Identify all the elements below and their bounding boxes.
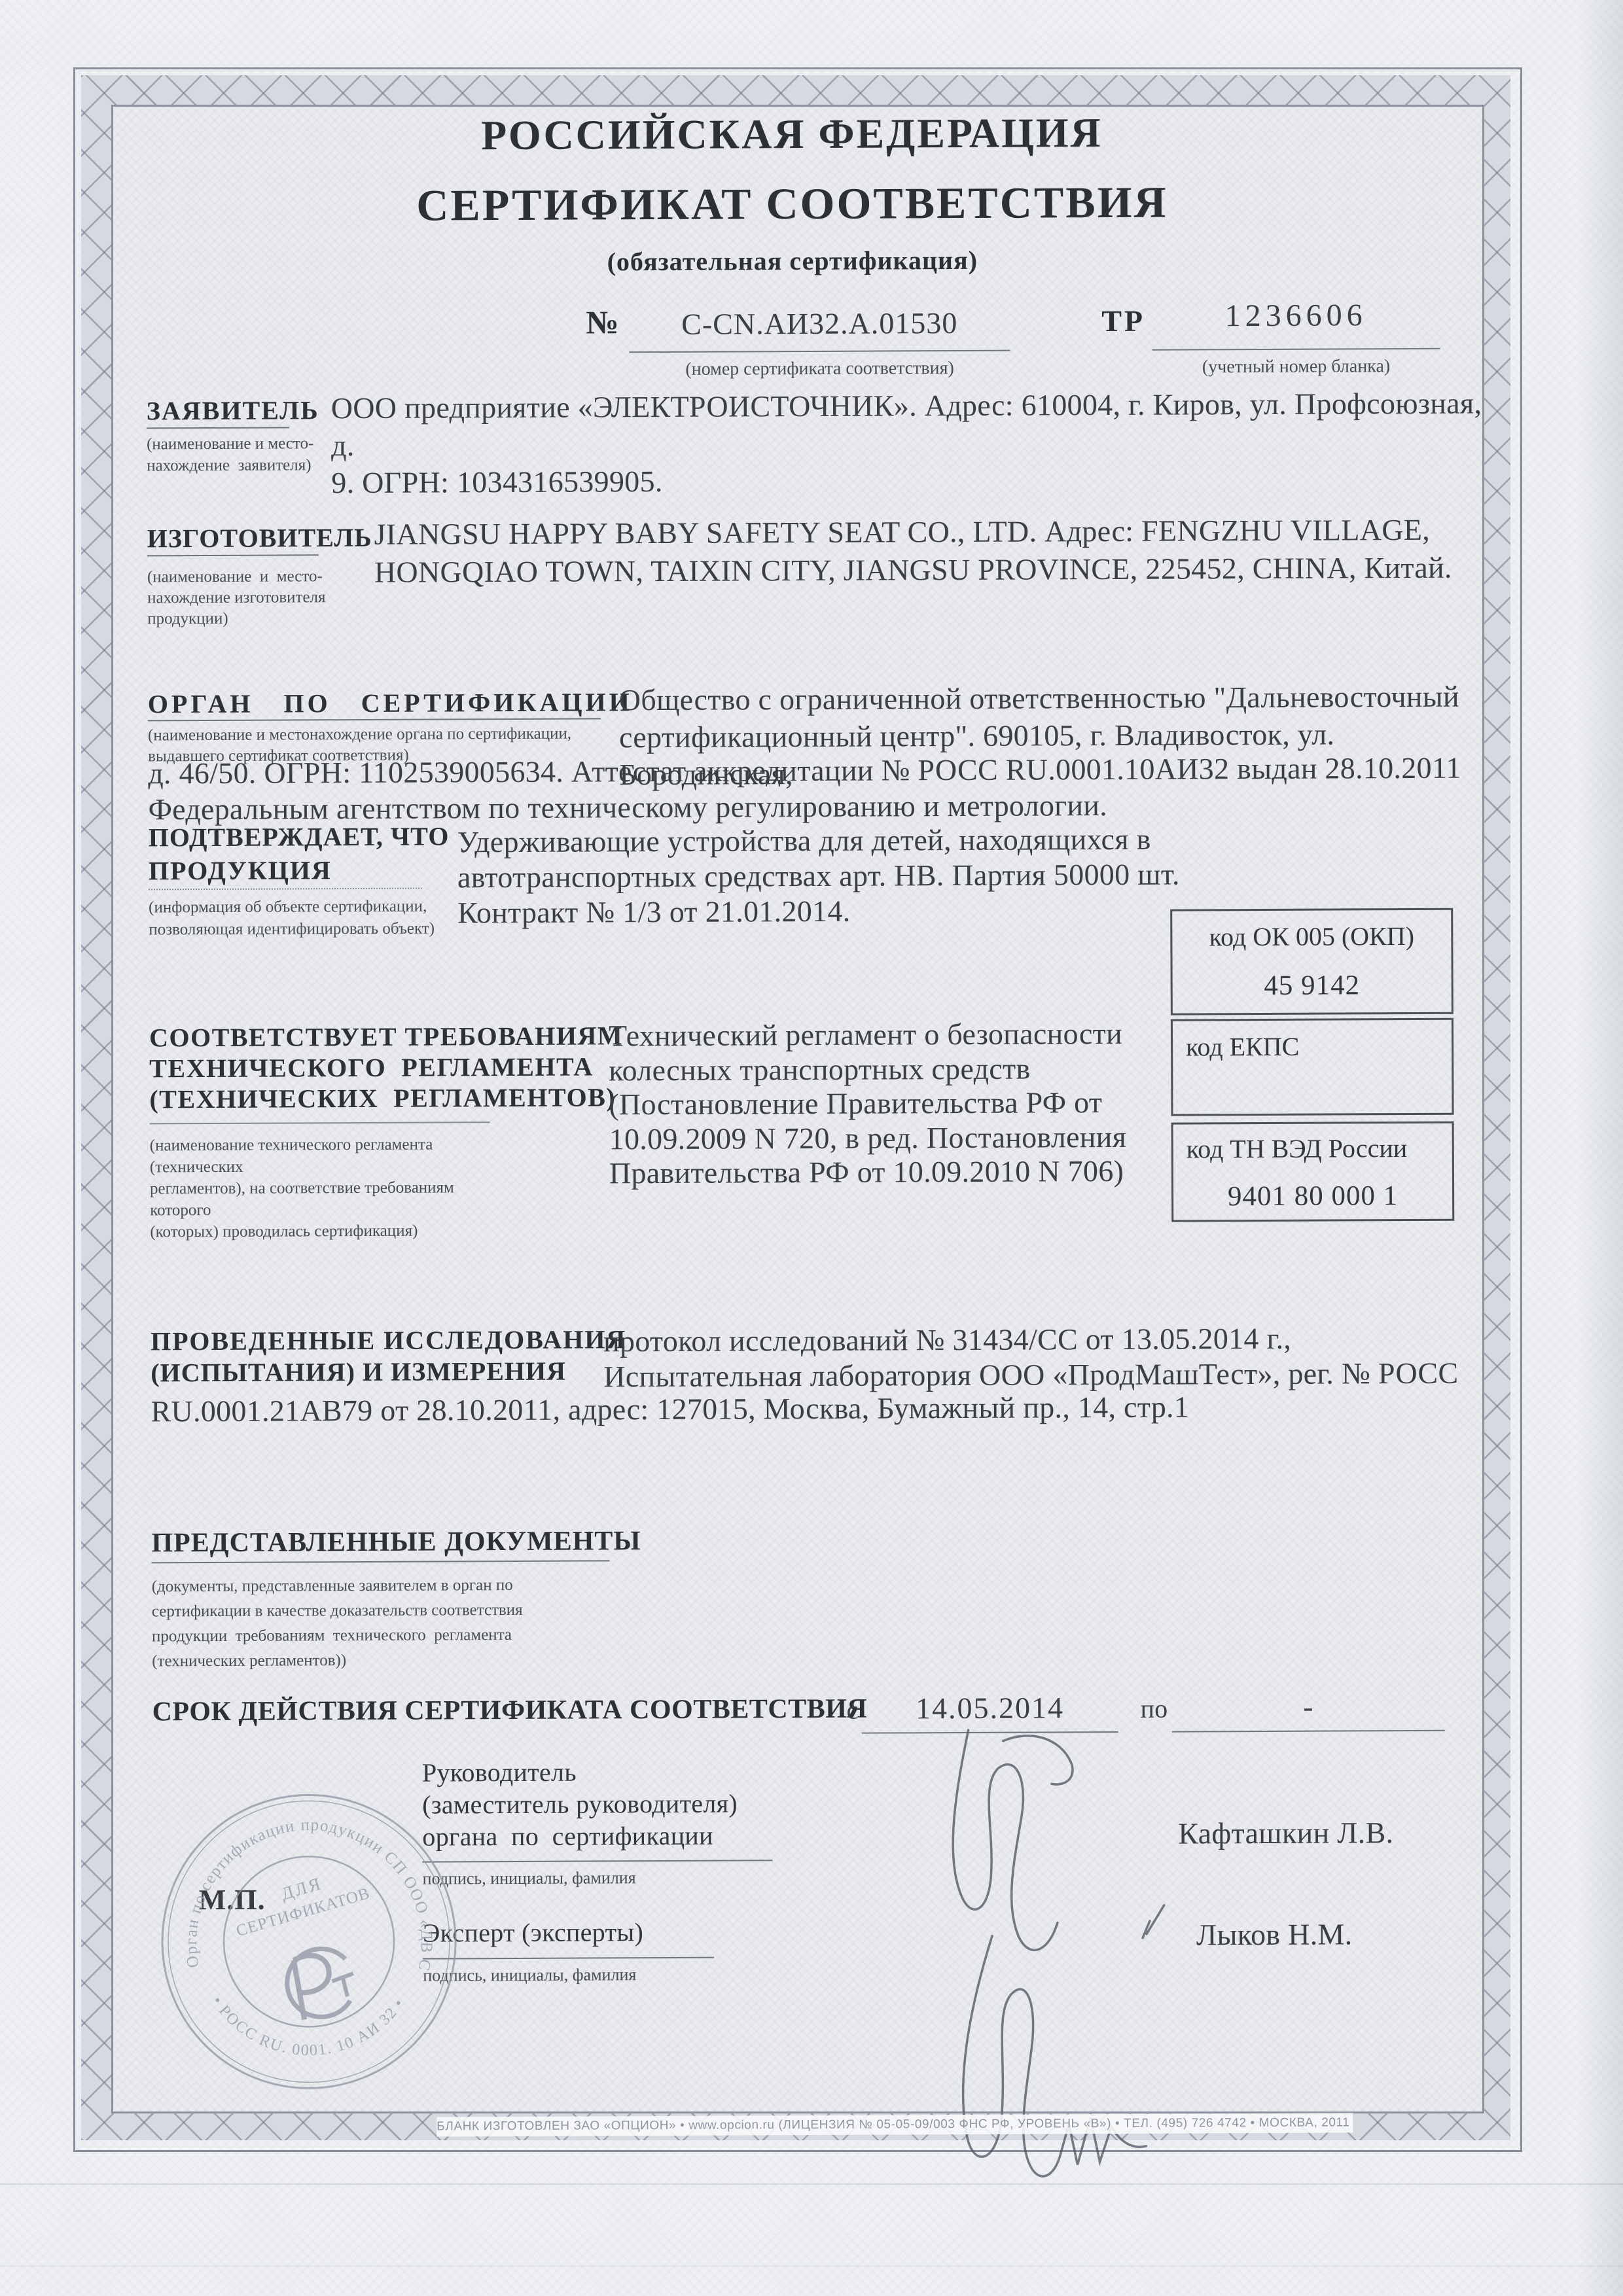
documents-label: ПРЕДСТАВЛЕННЫЕ ДОКУМЕНТЫ [151,1525,641,1559]
cert-body-value-full: д. 46/50. ОГРН: 1102539005634. Аттестат … [148,749,1486,827]
documents-sublabel: (документы, представленные заявителем в … [152,1573,558,1674]
documents-rule [152,1560,610,1563]
applicant-label: ЗАЯВИТЕЛЬ [147,395,319,426]
certificate-scan: РОССИЙСКАЯ ФЕДЕРАЦИЯ СЕРТИФИКАТ СООТВЕТС… [0,0,1623,2296]
research-label-line1: ПРОВЕДЕННЫЕ ИССЛЕДОВАНИЯ [151,1324,627,1356]
product-value: Удерживающие устройства для детей, наход… [457,821,1217,930]
scan-artifact-line-1 [0,2183,1623,2185]
product-label-line2: ПРОДУКЦИЯ [149,855,332,886]
product-label-line1: ПОДТВЕРЖДАЕТ, ЧТО [149,821,450,853]
cert-number-value: С-CN.АИ32.A.01530 [629,306,1010,342]
code-ekps-value [1173,1075,1452,1076]
code-box-ekps: код ЕКПС [1171,1018,1454,1116]
research-value-line1: протокол исследований № 31434/СС от 13.0… [603,1320,1493,1358]
head-signer-name: Кафташкин Л.В. [1178,1815,1393,1850]
expert-signature-tick [1143,1905,1164,1938]
expert-signature-stroke [963,1935,1147,2177]
tr-label: ТР [1101,304,1145,338]
compliance-sublabel: (наименование технического регламента (т… [150,1133,517,1243]
validity-label: СРОК ДЕЙСТВИЯ СЕРТИФИКАТА СООТВЕТСТВИЯ [152,1693,867,1728]
validity-from-label: с [846,1695,858,1725]
blank-number-value: 1236606 [1152,297,1440,334]
code-okp-label: код ОК 005 (ОКП) [1172,921,1451,953]
code-ekps-label: код ЕКПС [1186,1031,1299,1063]
product-rule [149,888,422,891]
header-subtitle: (обязательная сертификация) [121,243,1464,279]
research-label-line2: (ИСПЫТАНИЯ) И ИЗМЕРЕНИЯ [151,1356,566,1388]
header-country: РОССИЙСКАЯ ФЕДЕРАЦИЯ [120,107,1463,162]
compliance-value: Технический регламент о безопасности кол… [609,1017,1146,1191]
product-sublabel: (информация об объекте сертификации, поз… [149,895,437,941]
manufacturer-label: ИЗГОТОВИТЕЛЬ [147,522,372,554]
code-okp-value: 45 9142 [1173,969,1452,1002]
rst-logo-icon [281,1943,360,2022]
code-box-okp: код ОК 005 (ОКП) 45 9142 [1170,908,1454,1016]
head-signer-rule [423,1860,773,1862]
cert-number-sign: № [586,303,619,341]
compliance-rule [150,1122,490,1124]
round-stamp: Орган по сертификации продукции СП ООО «… [159,1792,459,2091]
expert-name: Лыков Н.М. [1196,1916,1353,1952]
cert-number-rule [629,350,1010,353]
compliance-label: СООТВЕТСТВУЕТ ТРЕБОВАНИЯМ ТЕХНИЧЕСКОГО Р… [149,1020,624,1114]
research-value-line3: RU.0001.21АВ79 от 28.10.2011, адрес: 127… [151,1388,1489,1428]
cert-number-caption: (номер сертификата соответствия) [630,358,1010,381]
page-title: СЕРТИФИКАТ СООТВЕТСТВИЯ [120,175,1463,233]
signatures-ink [906,1700,1189,2225]
scan-edge-shadow [1577,0,1623,2296]
cert-body-label: ОРГАН ПО СЕРТИФИКАЦИИ [148,686,633,719]
head-signer-label: Руководитель (заместитель руководителя) … [422,1755,779,1852]
validity-to-value: - [1171,1689,1444,1725]
blank-number-rule [1152,348,1440,351]
applicant-sublabel: (наименование и место- нахождение заявит… [147,433,343,476]
validity-to-rule [1172,1730,1445,1733]
code-box-tnved: код ТН ВЭД России 9401 80 000 1 [1171,1122,1455,1222]
blank-maker-fine-print: БЛАНК ИЗГОТОВЛЕН ЗАО «ОПЦИОН» • www.opci… [437,2113,1353,2136]
blank-number-caption: (учетный номер бланка) [1152,356,1440,378]
scan-artifact-line-2 [0,2265,1623,2267]
manufacturer-sublabel: (наименование и место- нахождение изгото… [147,566,350,629]
certificate-content: РОССИЙСКАЯ ФЕДЕРАЦИЯ СЕРТИФИКАТ СООТВЕТС… [0,0,1623,2296]
applicant-rule [147,427,289,429]
applicant-value: ООО предприятие «ЭЛЕКТРОИСТОЧНИК». Адрес… [331,384,1497,501]
manufacturer-rule [147,554,319,556]
expert-rule [423,1957,714,1960]
head-signature-flourish [1003,1735,1073,1784]
code-tnved-value: 9401 80 000 1 [1173,1180,1452,1213]
head-signature-stroke [952,1729,1058,1950]
code-tnved-label: код ТН ВЭД России [1186,1133,1408,1164]
manufacturer-value: JIANGSU HAPPY BABY SAFETY SEAT CO., LTD.… [374,510,1487,591]
